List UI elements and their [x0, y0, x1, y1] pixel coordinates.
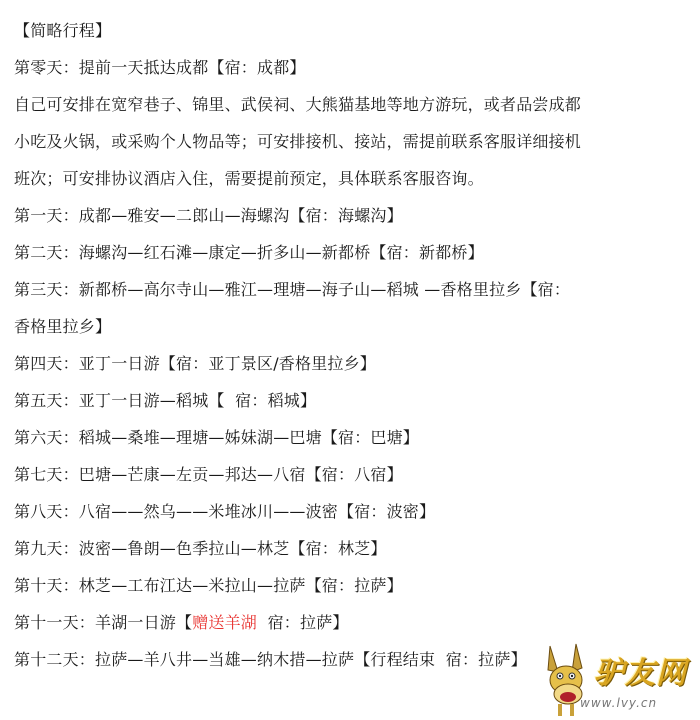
day-10: 第十天：林芝—工布江达—米拉山—拉萨【宿：拉萨】 — [14, 567, 694, 604]
day-0-description-line: 小吃及火锅，或采购个人物品等；可安排接机、接站，需提前联系客服详细接机 — [14, 123, 694, 160]
day-11-highlight: 赠送羊湖 — [192, 613, 257, 632]
day-6: 第六天：稻城—桑堆—理塘—姊妹湖—巴塘【宿：巴塘】 — [14, 419, 694, 456]
day-1: 第一天：成都—雅安—二郎山—海螺沟【宿：海螺沟】 — [14, 197, 694, 234]
day-0-description-line: 班次；可安排协议酒店入住，需要提前预定，具体联系客服咨询。 — [14, 160, 694, 197]
watermark-url: www.lvy.cn — [580, 696, 657, 710]
day-5: 第五天：亚丁一日游—稻城【 宿：稻城】 — [14, 382, 694, 419]
day-0-description-line: 自己可安排在宽窄巷子、锦里、武侯祠、大熊猫基地等地方游玩，或者品尝成都 — [14, 86, 694, 123]
day-3-continuation: 香格里拉乡】 — [14, 308, 694, 345]
itinerary-title: 【简略行程】 — [14, 12, 694, 49]
itinerary-document: 【简略行程】 第零天：提前一天抵达成都【宿：成都】 自己可安排在宽窄巷子、锦里、… — [14, 12, 694, 678]
day-7: 第七天：巴塘—芒康—左贡—邦达—八宿【宿：八宿】 — [14, 456, 694, 493]
day-11: 第十一天：羊湖一日游【赠送羊湖 宿：拉萨】 — [14, 604, 694, 641]
day-4: 第四天：亚丁一日游【宿：亚丁景区/香格里拉乡】 — [14, 345, 694, 382]
day-11-prefix: 第十一天：羊湖一日游【 — [14, 613, 192, 632]
day-9: 第九天：波密—鲁朗—色季拉山—林芝【宿：林芝】 — [14, 530, 694, 567]
watermark: 驴友网 www.lvy.cn — [536, 642, 696, 718]
watermark-brand: 驴友网 — [594, 648, 687, 692]
day-2: 第二天：海螺沟—红石滩—康定—折多山—新都桥【宿：新都桥】 — [14, 234, 694, 271]
day-8: 第八天：八宿——然乌——米堆冰川——波密【宿：波密】 — [14, 493, 694, 530]
day-11-suffix: 宿：拉萨】 — [257, 613, 349, 632]
day-3: 第三天：新都桥—高尔寺山—雅江—理塘—海子山—稻城 —香格里拉乡【宿： — [14, 271, 694, 308]
day-0-heading: 第零天：提前一天抵达成都【宿：成都】 — [14, 49, 694, 86]
